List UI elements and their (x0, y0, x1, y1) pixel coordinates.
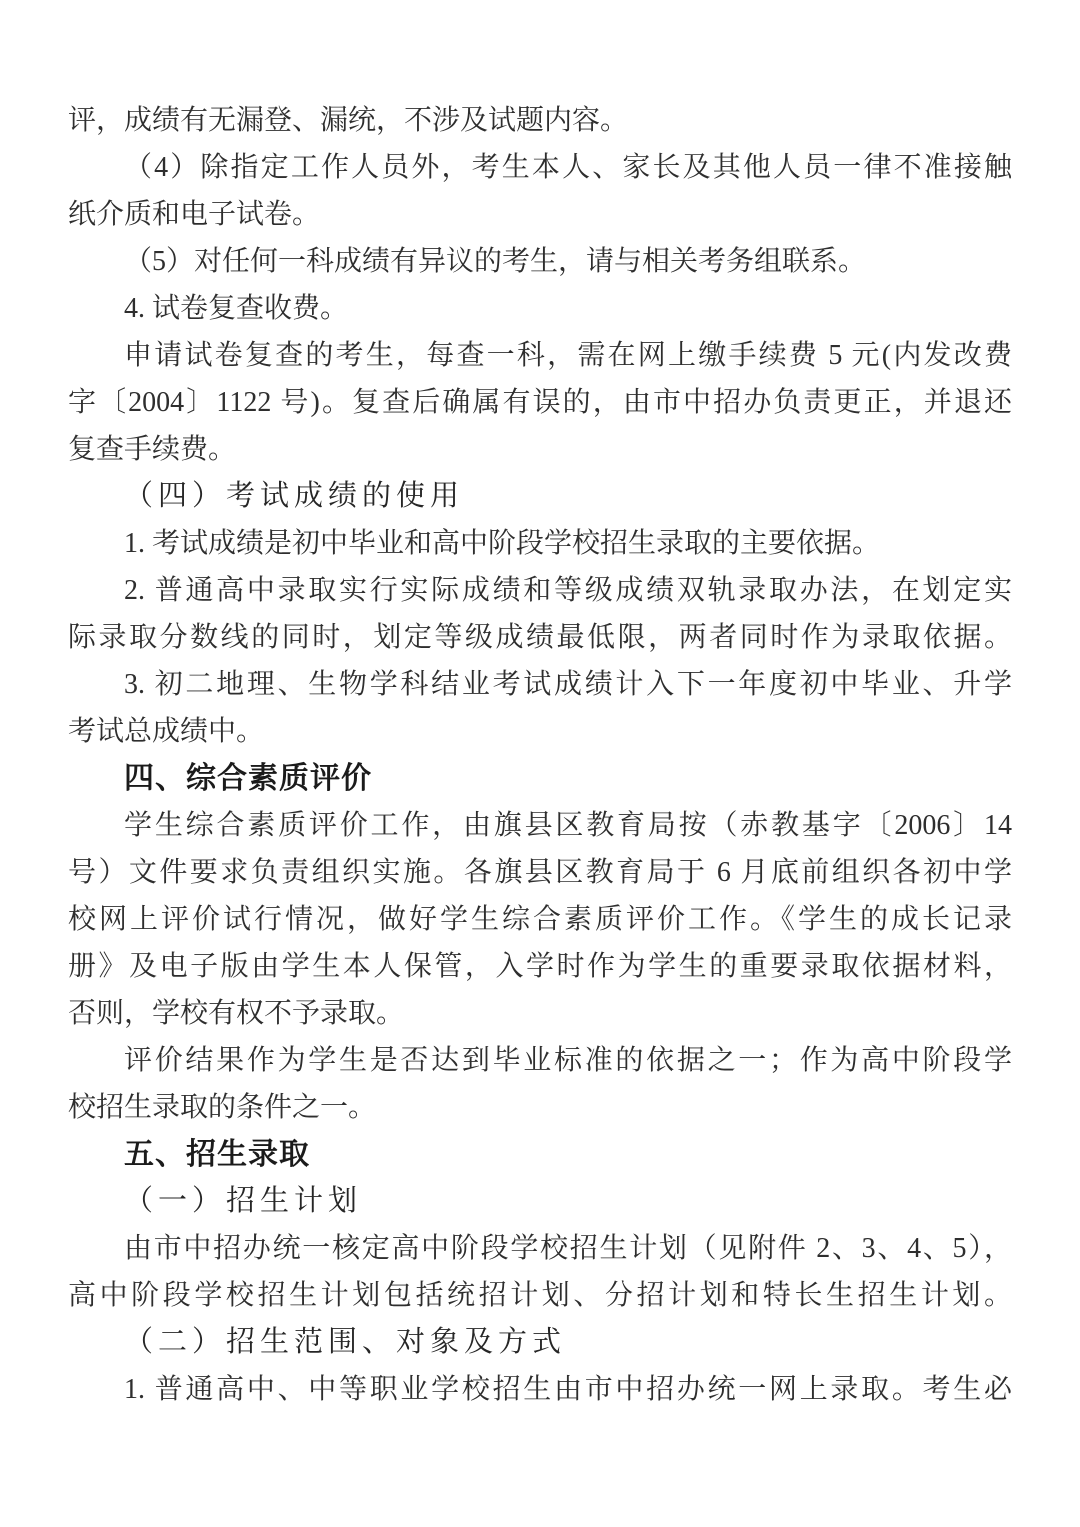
paragraph-line: 学生综合素质评价工作，由旗县区教育局按（赤教基字〔2006〕14 (68, 802, 1012, 849)
paragraph-line: （4）除指定工作人员外，考生本人、家长及其他人员一律不准接触 (68, 144, 1012, 191)
document-page: 评，成绩有无漏登、漏统，不涉及试题内容。（4）除指定工作人员外，考生本人、家长及… (0, 0, 1080, 1527)
paragraph-line: 1. 普通高中、中等职业学校招生由市中招办统一网上录取。考生必 (68, 1366, 1012, 1413)
sub-heading: （一）招生计划 (68, 1178, 1012, 1225)
paragraph-line: 高中阶段学校招生计划包括统招计划、分招计划和特长生招生计划。 (68, 1272, 1012, 1319)
paragraph-line: 2. 普通高中录取实行实际成绩和等级成绩双轨录取办法，在划定实 (68, 567, 1012, 614)
paragraph-line: 1. 考试成绩是初中毕业和高中阶段学校招生录取的主要依据。 (68, 520, 1012, 567)
paragraph-line: 册》及电子版由学生本人保管，入学时作为学生的重要录取依据材料， (68, 943, 1012, 990)
paragraph-line: 校招生录取的条件之一。 (68, 1084, 1012, 1131)
paragraph-line: 评价结果作为学生是否达到毕业标准的依据之一；作为高中阶段学 (68, 1037, 1012, 1084)
section-heading: 五、招生录取 (68, 1131, 1012, 1178)
paragraph-line: 字〔2004〕1122 号)。复查后确属有误的，由市中招办负责更正，并退还 (68, 379, 1012, 426)
paragraph-line: 评，成绩有无漏登、漏统，不涉及试题内容。 (68, 97, 1012, 144)
paragraph-line: 否则，学校有权不予录取。 (68, 990, 1012, 1037)
paragraph-line: 考试总成绩中。 (68, 708, 1012, 755)
paragraph-line: 3. 初二地理、生物学科结业考试成绩计入下一年度初中毕业、升学 (68, 661, 1012, 708)
paragraph-line: 纸介质和电子试卷。 (68, 191, 1012, 238)
sub-heading: （二）招生范围、对象及方式 (68, 1319, 1012, 1366)
paragraph-line: 由市中招办统一核定高中阶段学校招生计划（见附件 2、3、4、5）， (68, 1225, 1012, 1272)
section-heading: 四、综合素质评价 (68, 755, 1012, 802)
paragraph-line: 校网上评价试行情况，做好学生综合素质评价工作。《学生的成长记录 (68, 896, 1012, 943)
document-body: 评，成绩有无漏登、漏统，不涉及试题内容。（4）除指定工作人员外，考生本人、家长及… (68, 97, 1012, 1413)
paragraph-line: 际录取分数线的同时，划定等级成绩最低限，两者同时作为录取依据。 (68, 614, 1012, 661)
paragraph-line: （5）对任何一科成绩有异议的考生，请与相关考务组联系。 (68, 238, 1012, 285)
paragraph-line: 号）文件要求负责组织实施。各旗县区教育局于 6 月底前组织各初中学 (68, 849, 1012, 896)
paragraph-line: 申请试卷复查的考生，每查一科，需在网上缴手续费 5 元(内发改费 (68, 332, 1012, 379)
paragraph-line: 复查手续费。 (68, 426, 1012, 473)
paragraph-line: 4. 试卷复查收费。 (68, 285, 1012, 332)
sub-heading: （四）考试成绩的使用 (68, 473, 1012, 520)
